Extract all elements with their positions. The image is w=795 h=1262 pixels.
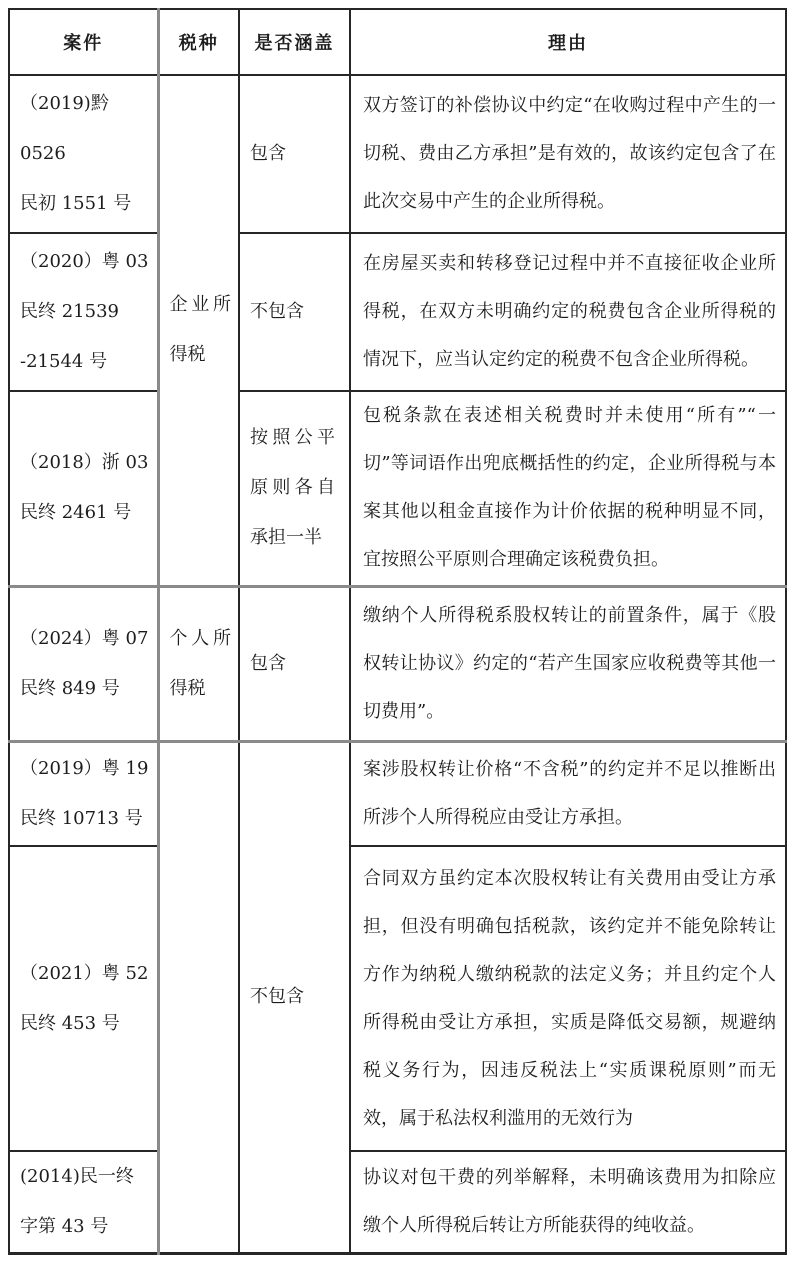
tax-type-cell: 个人所得税 (158, 586, 239, 741)
case-cell: （2024）粤 07 民终 849 号 (9, 586, 158, 741)
case-cell: （2019）粤 19 民终 10713 号 (9, 741, 158, 846)
covered-cell: 包含 (239, 586, 350, 741)
table-row: （2024）粤 07 民终 849 号 个人所得税 包含 缴纳个人所得税系股权转… (9, 586, 786, 741)
header-row: 案件 税种 是否涵盖 理由 (9, 9, 786, 75)
header-case: 案件 (9, 9, 158, 75)
reason-cell: 包税条款在表述相关税费时并未使用“所有”“一切”等词语作出兜底概括性的约定，企业… (350, 391, 786, 586)
reason-cell: 协议对包干费的列举解释，未明确该费用为扣除应缴个人所得税后转让方所能获得的纯收益… (350, 1151, 786, 1254)
case-cell: (2014)民一终 字第 43 号 (9, 1151, 158, 1254)
table-row: （2019）粤 19 民终 10713 号 不包含 案涉股权转让价格“不含税”的… (9, 741, 786, 846)
reason-cell: 案涉股权转让价格“不含税”的约定并不足以推断出所涉个人所得税应由受让方承担。 (350, 741, 786, 846)
case-cell: （2018）浙 03 民终 2461 号 (9, 391, 158, 586)
document-page: 案件 税种 是否涵盖 理由 （2019)黔 0526 民初 1551 号 企业所… (0, 0, 795, 1262)
table-row: （2021）粤 52 民终 453 号 合同双方虽约定本次股权转让有关费用由受让… (9, 846, 786, 1151)
covered-cell: 按照公平原则各自承担一半 (239, 391, 350, 586)
covered-cell: 包含 (239, 75, 350, 233)
case-cell: （2019)黔 0526 民初 1551 号 (9, 75, 158, 233)
header-reason: 理由 (350, 9, 786, 75)
table-row: （2018）浙 03 民终 2461 号 按照公平原则各自承担一半 包税条款在表… (9, 391, 786, 586)
header-covered: 是否涵盖 (239, 9, 350, 75)
case-cell: （2020）粤 03 民终 21539 -21544 号 (9, 233, 158, 391)
header-tax-type: 税种 (158, 9, 239, 75)
case-cell: （2021）粤 52 民终 453 号 (9, 846, 158, 1151)
covered-cell: 不包含 (239, 741, 350, 1254)
table-row: （2020）粤 03 民终 21539 -21544 号 不包含 在房屋买卖和转… (9, 233, 786, 391)
tax-type-cell: 企业所得税 (158, 75, 239, 586)
table-row: （2019)黔 0526 民初 1551 号 企业所得税 包含 双方签订的补偿协… (9, 75, 786, 233)
reason-cell: 在房屋买卖和转移登记过程中并不直接征收企业所得税，在双方未明确约定的税费包含企业… (350, 233, 786, 391)
reason-cell: 合同双方虽约定本次股权转让有关费用由受让方承担，但没有明确包括税款，该约定并不能… (350, 846, 786, 1151)
tax-type-cell-empty (158, 741, 239, 1254)
table-row: (2014)民一终 字第 43 号 协议对包干费的列举解释，未明确该费用为扣除应… (9, 1151, 786, 1254)
covered-cell: 不包含 (239, 233, 350, 391)
reason-cell: 缴纳个人所得税系股权转让的前置条件，属于《股权转让协议》约定的“若产生国家应收税… (350, 586, 786, 741)
reason-cell: 双方签订的补偿协议中约定“在收购过程中产生的一切税、费由乙方承担”是有效的，故该… (350, 75, 786, 233)
tax-coverage-table: 案件 税种 是否涵盖 理由 （2019)黔 0526 民初 1551 号 企业所… (8, 8, 787, 1255)
